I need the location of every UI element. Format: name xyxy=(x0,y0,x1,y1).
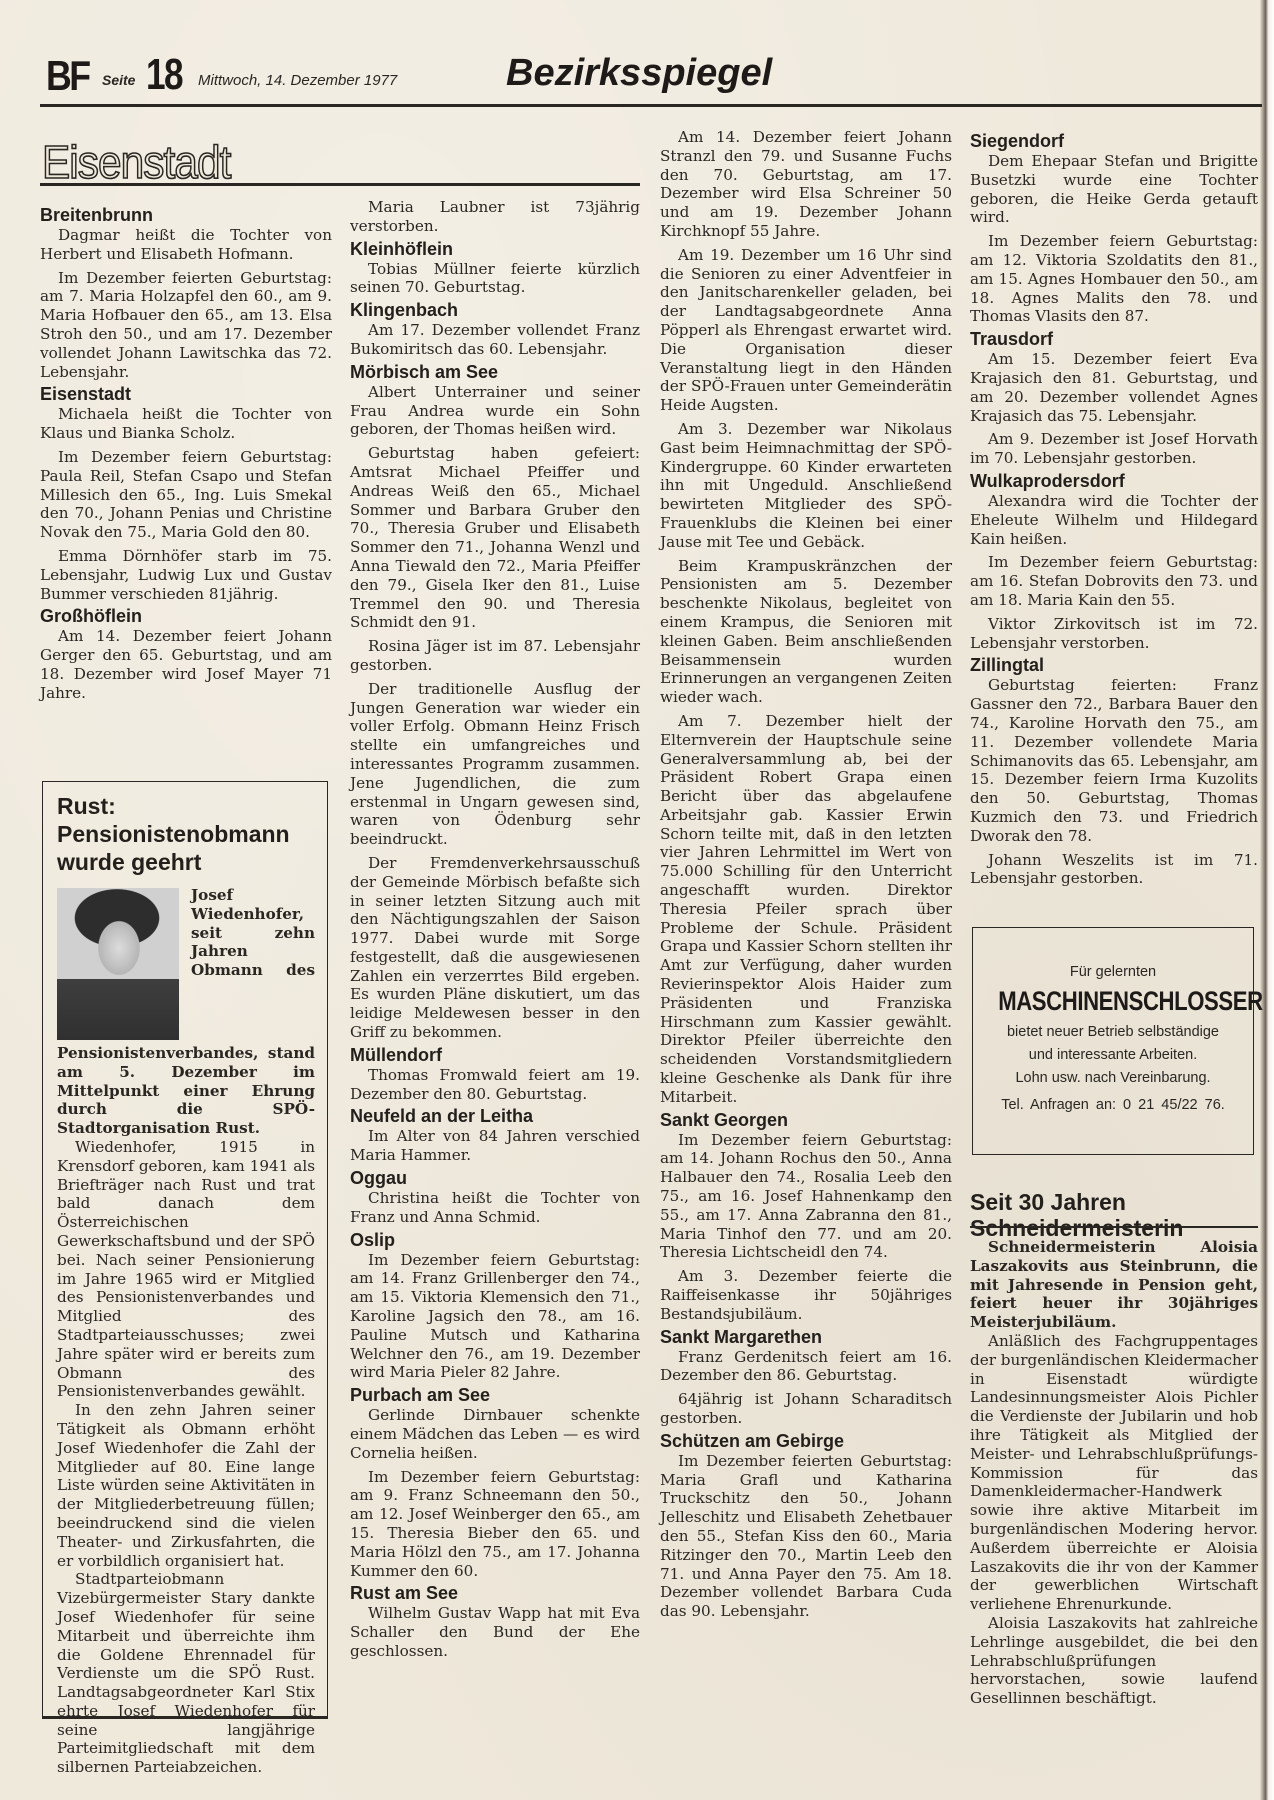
ad-line: bietet neuer Betrieb selbständige xyxy=(973,1021,1253,1044)
ad-line: und interessante Arbeiten. xyxy=(973,1044,1253,1067)
article-headline: Seit 30 Jahren Schneidermeisterin xyxy=(970,1189,1258,1241)
issue-date: Mittwoch, 14. Dezember 1977 xyxy=(198,72,397,89)
news-paragraph: Im Dezember feiern Geburtstag: am 16. St… xyxy=(970,553,1258,609)
news-paragraph: Albert Unterrainer und seiner Frau Andre… xyxy=(350,383,640,439)
article-body: Schneidermeisterin Aloisia Laszakovits a… xyxy=(970,1238,1258,1708)
news-paragraph: Franz Gerdenitsch feiert am 16. Dezember… xyxy=(660,1348,952,1386)
section-heading: Oggau xyxy=(350,1167,640,1189)
news-paragraph: Im Dezember feiern Geburtstag: am 14. Jo… xyxy=(660,1131,952,1263)
news-paragraph: Im Dezember feiern Geburtstag: am 14. Fr… xyxy=(350,1251,640,1383)
section-heading: Siegendorf xyxy=(970,130,1258,152)
page-edge-shadow xyxy=(1260,0,1274,1800)
news-paragraph: Christina heißt die Tochter von Franz un… xyxy=(350,1189,640,1227)
article-lead: Schneidermeisterin Aloisia Laszakovits a… xyxy=(970,1238,1258,1332)
section-heading: Rust am See xyxy=(350,1582,640,1604)
headline-rule xyxy=(970,1226,1258,1228)
column-2: Maria Laubner ist 73jährig verstorben. K… xyxy=(350,198,640,1661)
news-paragraph: Tobias Müllner feierte kürzlich seinen 7… xyxy=(350,260,640,298)
news-paragraph: Der traditionelle Ausflug der Jungen Gen… xyxy=(350,680,640,849)
news-paragraph: 64jährig ist Johann Scharaditsch gestorb… xyxy=(660,1390,952,1428)
news-paragraph: Im Dezember feierten Geburtstag: am 7. M… xyxy=(40,269,332,382)
news-paragraph: Am 3. Dezember feierte die Raiffeisenkas… xyxy=(660,1267,952,1323)
page-label: Seite xyxy=(102,72,135,88)
paper-logo: BF xyxy=(46,52,89,100)
article-body: Wiedenhofer, 1915 in Krensdorf geboren, … xyxy=(57,1138,315,1777)
news-paragraph: Wilhelm Gustav Wapp hat mit Eva Schaller… xyxy=(350,1604,640,1660)
section-title: Bezirksspiegel xyxy=(506,52,772,95)
ad-line: Lohn usw. nach Vereinbarung. xyxy=(973,1067,1253,1090)
news-paragraph: Im Alter von 84 Jahren verschied Maria H… xyxy=(350,1127,640,1165)
news-paragraph: Am 17. Dezember vollendet Franz Bukomiri… xyxy=(350,321,640,359)
column-3: Am 14. Dezember feiert Johann Stranzl de… xyxy=(660,128,952,1621)
news-paragraph: Im Dezember feiern Geburtstag: am 12. Vi… xyxy=(970,232,1258,326)
news-paragraph: Dem Ehepaar Stefan und Brigitte Busetzki… xyxy=(970,152,1258,227)
news-paragraph: Im Dezember feierten Geburtstag: Maria G… xyxy=(660,1452,952,1621)
section-heading: Mörbisch am See xyxy=(350,361,640,383)
masthead: BF Seite 18 Mittwoch, 14. Dezember 1977 … xyxy=(40,52,1260,107)
article-paragraph: Anläßlich des Fachgruppentages der burge… xyxy=(970,1332,1258,1614)
section-heading: Neufeld an der Leitha xyxy=(350,1105,640,1127)
job-advertisement: Für gelernten MASCHINENSCHLOSSER bietet … xyxy=(972,927,1254,1155)
section-heading: Purbach am See xyxy=(350,1384,640,1406)
article-paragraph: Stadtparteiobmann Vizebürgermeister Star… xyxy=(57,1570,315,1777)
news-paragraph: Am 14. Dezember feiert Johann Gerger den… xyxy=(40,627,332,702)
section-heading: Eisenstadt xyxy=(40,383,332,405)
region-title: Eisenstadt xyxy=(42,135,230,189)
news-paragraph: Alexandra wird die Tochter der Eheleute … xyxy=(970,492,1258,548)
column-1: Breitenbrunn Dagmar heißt die Tochter vo… xyxy=(40,202,332,703)
article-headline: Rust: Pensionistenobmann wurde geehrt xyxy=(57,792,315,876)
news-paragraph: Am 15. Dezember feiert Eva Krajasich den… xyxy=(970,350,1258,425)
ad-line: Für gelernten xyxy=(973,964,1253,980)
masthead-rule xyxy=(40,104,1262,107)
news-paragraph: Am 19. Dezember um 16 Uhr sind die Senio… xyxy=(660,246,952,415)
section-heading: Großhöflein xyxy=(40,605,332,627)
news-paragraph: Gerlinde Dirnbauer schenkte einem Mädche… xyxy=(350,1406,640,1462)
news-paragraph: Der Fremdenverkehrsausschuß der Gemeinde… xyxy=(350,854,640,1042)
news-paragraph: Beim Krampuskränzchen der Pensionisten a… xyxy=(660,557,952,707)
news-paragraph: Im Dezember feiern Geburtstag: am 9. Fra… xyxy=(350,1468,640,1581)
news-paragraph: Maria Laubner ist 73jährig verstorben. xyxy=(350,198,640,236)
news-paragraph: Michaela heißt die Tochter von Klaus und… xyxy=(40,405,332,443)
news-paragraph: Geburtstag haben gefeiert: Amtsrat Micha… xyxy=(350,444,640,632)
section-heading: Trausdorf xyxy=(970,328,1258,350)
portrait-photo xyxy=(57,888,179,1040)
news-paragraph: Emma Dörnhöfer starb im 75. Lebensjahr, … xyxy=(40,547,332,603)
news-paragraph: Am 9. Dezember ist Josef Horvath im 70. … xyxy=(970,430,1258,468)
section-heading: Breitenbrunn xyxy=(40,204,332,226)
rust-article-box: Rust: Pensionistenobmann wurde geehrt Jo… xyxy=(42,781,328,1719)
news-paragraph: Viktor Zirkovitsch ist im 72. Lebensjahr… xyxy=(970,615,1258,653)
page-number: 18 xyxy=(146,50,182,100)
news-paragraph: Dagmar heißt die Tochter von Herbert und… xyxy=(40,226,332,264)
ad-phone: Tel. Anfragen an: 0 21 45/22 76. xyxy=(973,1094,1253,1117)
column-4: Siegendorf Dem Ehepaar Stefan und Brigit… xyxy=(970,128,1258,888)
news-paragraph: Am 3. Dezember war Nikolaus Gast beim He… xyxy=(660,420,952,552)
news-paragraph: Am 7. Dezember hielt der Elternverein de… xyxy=(660,712,952,1107)
section-heading: Kleinhöflein xyxy=(350,238,640,260)
section-heading: Oslip xyxy=(350,1229,640,1251)
ad-job-title: MASCHINENSCHLOSSER xyxy=(998,986,1228,1017)
news-paragraph: Geburtstag feierten: Franz Gassner den 7… xyxy=(970,676,1258,845)
news-paragraph: Im Dezember feiern Geburtstag: Paula Rei… xyxy=(40,448,332,542)
article-paragraph: Wiedenhofer, 1915 in Krensdorf geboren, … xyxy=(57,1138,315,1401)
article-paragraph: Aloisia Laszakovits hat zahlreiche Lehrl… xyxy=(970,1614,1258,1708)
article-paragraph: In den zehn Jahren seiner Tätigkeit als … xyxy=(57,1401,315,1570)
section-heading: Zillingtal xyxy=(970,654,1258,676)
section-heading: Schützen am Gebirge xyxy=(660,1430,952,1452)
news-paragraph: Johann Weszelits ist im 71. Lebensjahr g… xyxy=(970,851,1258,889)
section-heading: Klingenbach xyxy=(350,299,640,321)
news-paragraph: Rosina Jäger ist im 87. Lebensjahr gesto… xyxy=(350,637,640,675)
news-paragraph: Thomas Fromwald feiert am 19. Dezember d… xyxy=(350,1066,640,1104)
section-heading: Sankt Georgen xyxy=(660,1109,952,1131)
region-rule xyxy=(40,183,640,186)
section-heading: Sankt Margarethen xyxy=(660,1326,952,1348)
news-paragraph: Am 14. Dezember feiert Johann Stranzl de… xyxy=(660,128,952,241)
section-heading: Müllendorf xyxy=(350,1044,640,1066)
section-heading: Wulkaprodersdorf xyxy=(970,470,1258,492)
